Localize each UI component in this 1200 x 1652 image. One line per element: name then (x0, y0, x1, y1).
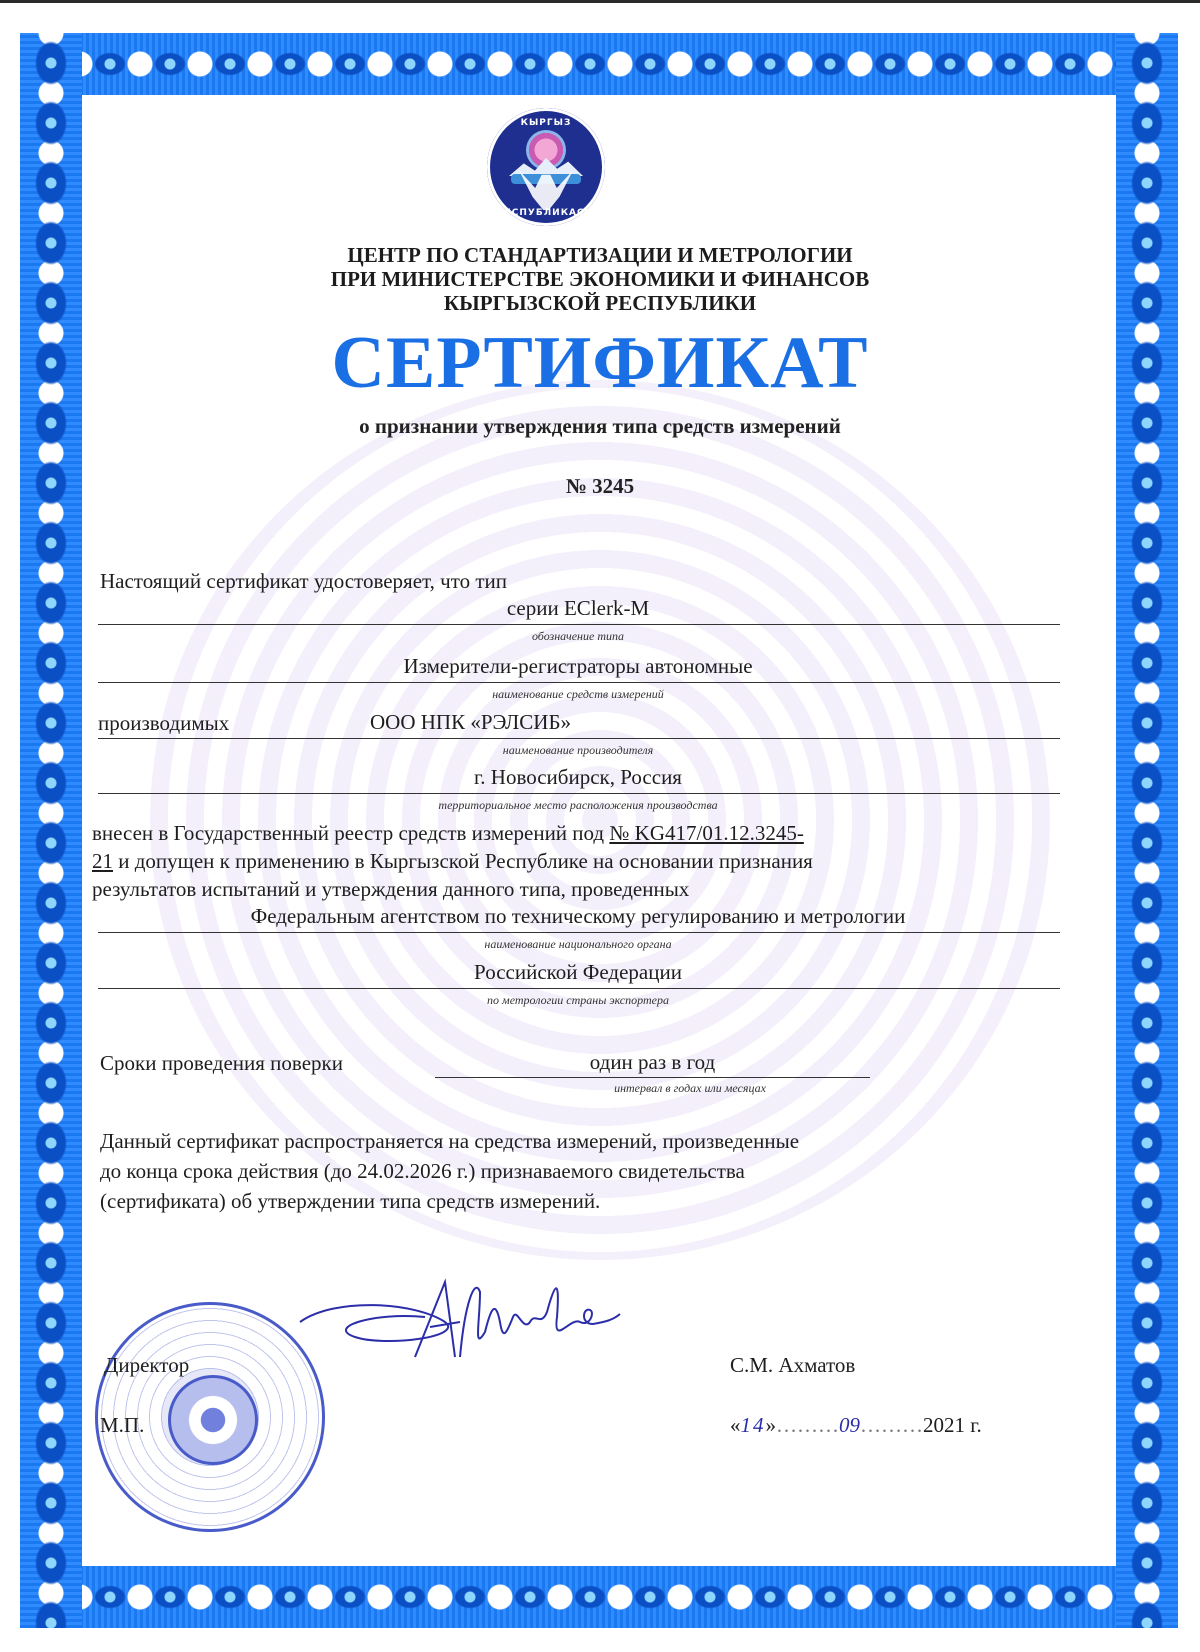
exporter-country-value: Российской Федерации (98, 960, 1058, 985)
coat-of-arms-emblem: КЫРГЫЗ РЕСПУБЛИКАСЫ (487, 108, 605, 226)
date-month: 09 (839, 1413, 860, 1437)
registry-prefix: внесен в Государственный реестр средств … (92, 821, 609, 845)
national-body-value: Федеральным агентством по техническому р… (98, 904, 1058, 929)
director-label: Директор (104, 1352, 189, 1378)
validity-line-3: (сертификата) об утверждении типа средст… (100, 1188, 600, 1214)
seal-label: М.П. (100, 1412, 144, 1438)
intro-text: Настоящий сертификат удостоверяет, что т… (100, 568, 507, 594)
date-close-quote: » (766, 1413, 777, 1437)
date-day: 14 (741, 1413, 766, 1437)
issue-date: «14»………09………2021 г. (730, 1412, 982, 1438)
location-caption: территориальное место расположения произ… (98, 798, 1058, 813)
national-body-caption: наименование национального органа (98, 937, 1058, 952)
manufacturer-label: производимых (98, 710, 229, 736)
issuer-line-2: ПРИ МИНИСТЕРСТВЕ ЭКОНОМИКИ И ФИНАНСОВ (0, 267, 1200, 291)
certificate-number: № 3245 (0, 474, 1200, 499)
manufacturer-caption: наименование производителя (98, 743, 1058, 758)
registry-line-3: результатов испытаний и утверждения данн… (92, 876, 689, 902)
type-designation-value: серии EClerk-M (98, 596, 1058, 621)
validity-line-1: Данный сертификат распространяется на ср… (100, 1128, 799, 1154)
emblem-top-text: КЫРГЫЗ (487, 118, 605, 128)
instrument-name-value: Измерители-регистраторы автономные (98, 654, 1058, 679)
registry-number-suffix: 21 (92, 849, 113, 873)
director-signature (295, 1262, 625, 1372)
national-body-rule (98, 932, 1060, 933)
ornamental-border-bottom (20, 1566, 1178, 1628)
registry-line-2: 21 и допущен к применению в Кыргызской Р… (92, 848, 813, 874)
verification-value: один раз в год (435, 1050, 870, 1075)
instrument-name-rule (98, 682, 1060, 683)
emblem-bottom-text: РЕСПУБЛИКАСЫ (487, 208, 605, 218)
issuer-line-3: КЫРГЫЗСКОЙ РЕСПУБЛИКИ (0, 291, 1200, 315)
location-value: г. Новосибирск, Россия (98, 765, 1058, 790)
type-designation-rule (98, 624, 1060, 625)
validity-line-2: до конца срока действия (до 24.02.2026 г… (100, 1158, 745, 1184)
instrument-name-caption: наименование средств измерений (98, 687, 1058, 702)
seal-emblem-icon (168, 1375, 258, 1465)
date-open-quote: « (730, 1413, 741, 1437)
verification-caption: интервал в годах или месяцах (560, 1081, 820, 1096)
issuer-line-1: ЦЕНТР ПО СТАНДАРТИЗАЦИИ И МЕТРОЛОГИИ (0, 243, 1200, 267)
type-designation-caption: обозначение типа (98, 629, 1058, 644)
manufacturer-rule (98, 738, 1060, 739)
document-subtitle: о признании утверждения типа средств изм… (0, 414, 1200, 439)
registry-continuation: и допущен к применению в Кыргызской Респ… (113, 849, 813, 873)
exporter-country-caption: по метрологии страны экспортера (98, 993, 1058, 1008)
location-rule (98, 793, 1060, 794)
date-year: 2021 г. (923, 1413, 982, 1437)
verification-label: Сроки проведения поверки (100, 1050, 343, 1076)
manufacturer-value: ООО НПК «РЭЛСИБ» (370, 710, 650, 735)
ornamental-border-top (20, 33, 1178, 95)
registry-line-1: внесен в Государственный реестр средств … (92, 820, 804, 846)
scan-edge (0, 0, 1200, 3)
signatory-name: С.М. Ахматов (730, 1352, 855, 1378)
document-title: СЕРТИФИКАТ (0, 323, 1200, 403)
verification-rule (435, 1077, 870, 1078)
exporter-country-rule (98, 988, 1060, 989)
registry-number: № KG417/01.12.3245- (609, 821, 803, 845)
